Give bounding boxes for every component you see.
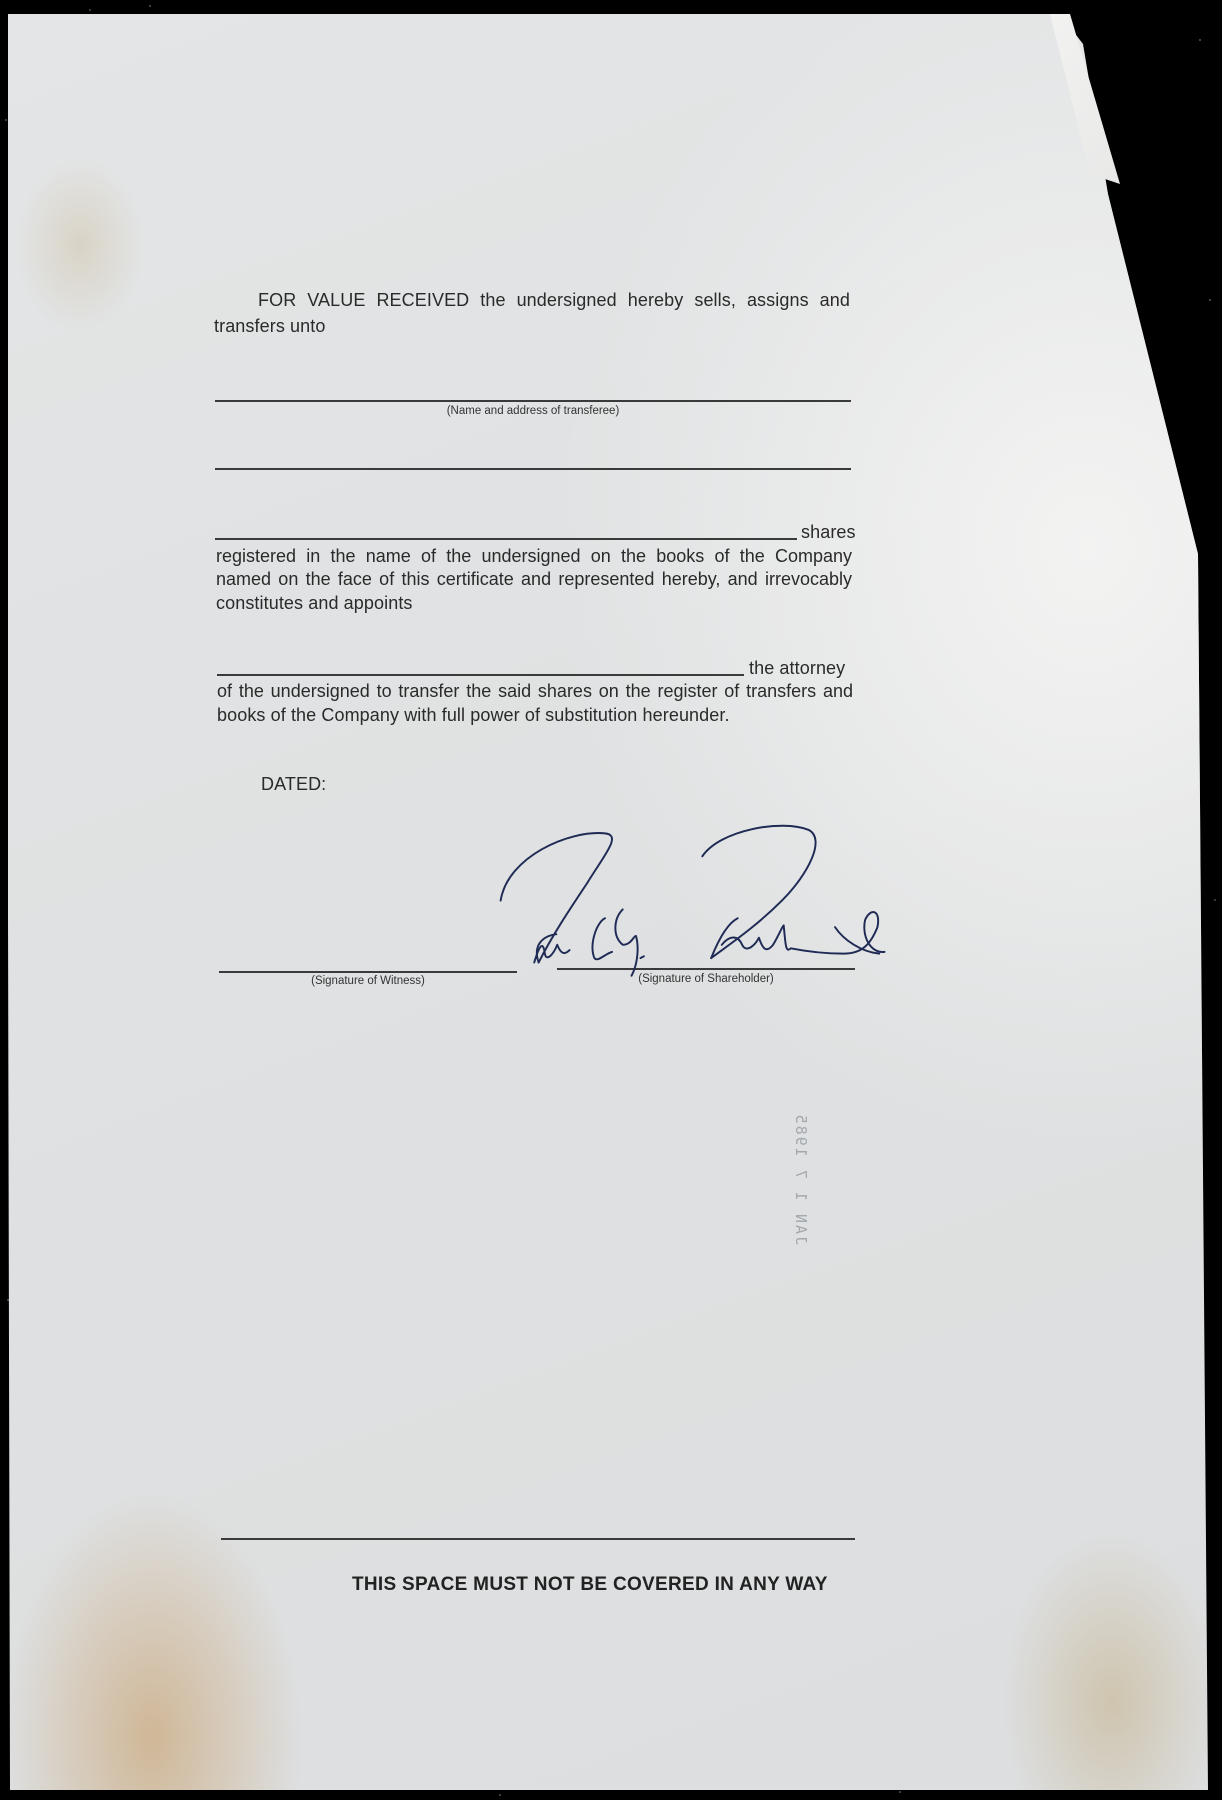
- paragraph-2-line-3: constitutes and appoints: [216, 593, 413, 614]
- transferee-line-1: [215, 400, 851, 402]
- footer-notice: THIS SPACE MUST NOT BE COVERED IN ANY WA…: [352, 1574, 828, 1596]
- transferee-caption: (Name and address of transferee): [215, 405, 851, 417]
- attorney-suffix: the attorney: [749, 658, 845, 679]
- dated-field[interactable]: [340, 770, 640, 798]
- witness-caption: (Signature of Witness): [219, 975, 517, 987]
- assignment-form: FOR VALUE RECEIVED the undersigned hereb…: [0, 0, 1222, 1800]
- attorney-line: [217, 674, 744, 676]
- date-stamp: JAN 1 7 1985: [792, 1113, 810, 1245]
- transferee-line-2: [215, 468, 851, 470]
- shareholder-signature: [490, 810, 950, 1000]
- shares-count-field[interactable]: [215, 510, 795, 538]
- paragraph-2-line-1: registered in the name of the undersigne…: [216, 546, 852, 567]
- paragraph-3-line-2: books of the Company with full power of …: [217, 705, 730, 726]
- transferee-address-field[interactable]: [215, 440, 851, 468]
- paragraph-2-line-2: named on the face of this certificate an…: [216, 569, 852, 590]
- shares-suffix: shares: [801, 522, 856, 543]
- footer-rule: [221, 1538, 855, 1540]
- witness-signature-line: [219, 971, 517, 973]
- shares-line: [215, 538, 797, 540]
- paragraph-1-line-2: transfers unto: [214, 316, 325, 337]
- attorney-name-field[interactable]: [217, 646, 742, 674]
- paragraph-3-line-1: of the undersigned to transfer the said …: [217, 681, 853, 702]
- dated-label: DATED:: [261, 774, 326, 795]
- witness-signature-field[interactable]: [219, 900, 517, 970]
- transferee-name-field[interactable]: [215, 372, 851, 400]
- paragraph-1-line-1: FOR VALUE RECEIVED the undersigned hereb…: [258, 290, 850, 311]
